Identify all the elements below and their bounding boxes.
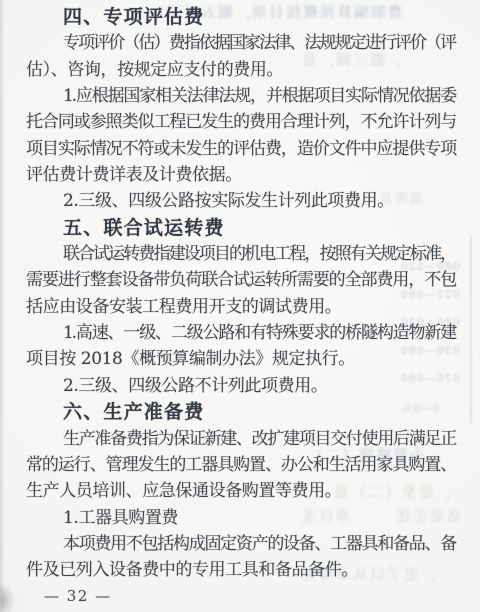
scan-corner-smudge	[0, 583, 16, 612]
text-line: 2.三级、四级公路按实际发生计列此项费用。	[26, 188, 455, 214]
bleedthrough-table-line	[470, 236, 472, 424]
text-line: 专项评价（估）费指依据国家法律、法规规定进行评价（评	[26, 30, 455, 56]
section-heading: 五、联合试运转费	[26, 215, 455, 241]
text-line: 1.应根据国家相关法律法规，并根据项目实际情况依据委	[26, 83, 455, 109]
text-line: 件及已列入设备费中的专用工具和备品备件。	[26, 557, 455, 583]
text-line: 托合同或参照类似工程已发生的费用合理计列，不允许计列与	[26, 109, 455, 135]
text-line: 生产人员培训、应急保通设备购置等费用。	[26, 478, 455, 504]
section-heading: 六、生产准备费	[26, 399, 455, 425]
scan-edge-shadow	[0, 0, 5, 612]
text-line: 联合试运转费指建设项目的机电工程，按照有关规定标准，	[26, 241, 455, 267]
text-line: 括应由设备安装工程费用开支的调试费用。	[26, 294, 455, 320]
page-number: — 32 —	[44, 587, 112, 605]
text-line: 生产准备费指为保证新建、改扩建项目交付使用后满足正	[26, 426, 455, 452]
text-column: 四、专项评估费 专项评价（估）费指依据国家法律、法规规定进行评价（评 估）、咨询…	[26, 4, 455, 584]
text-line: 估）、咨询，按规定应支付的费用。	[26, 57, 455, 83]
text-line: 本项费用不包括构成固定资产的设备、工器具和备品、备	[26, 531, 455, 557]
text-line: 1.高速、一级、二级公路和有特殊要求的桥隧构造物新建	[26, 320, 455, 346]
text-line: 项目按 2018《概预算编制办法》规定执行。	[26, 346, 455, 372]
text-line: 常的运行、管理发生的工器具购置、办公和生活用家具购置、	[26, 452, 455, 478]
section-heading: 四、专项评估费	[26, 4, 455, 30]
text-line: 评估费计费详表及计费依据。	[26, 162, 455, 188]
text-line: 1.工器具购置费	[26, 505, 455, 531]
text-line: 2.三级、四级公路不计列此项费用。	[26, 373, 455, 399]
document-page: 费制编算预概按目项，题五（二） 。题三圆，息 题图息 080—520 022—0…	[0, 0, 480, 612]
text-line: 项目实际情况不符或未发生的评估费，造价文件中应提供专项	[26, 136, 455, 162]
text-line: 需要进行整套设备带负荷联合试运转所需要的全部费用，不包	[26, 267, 455, 293]
